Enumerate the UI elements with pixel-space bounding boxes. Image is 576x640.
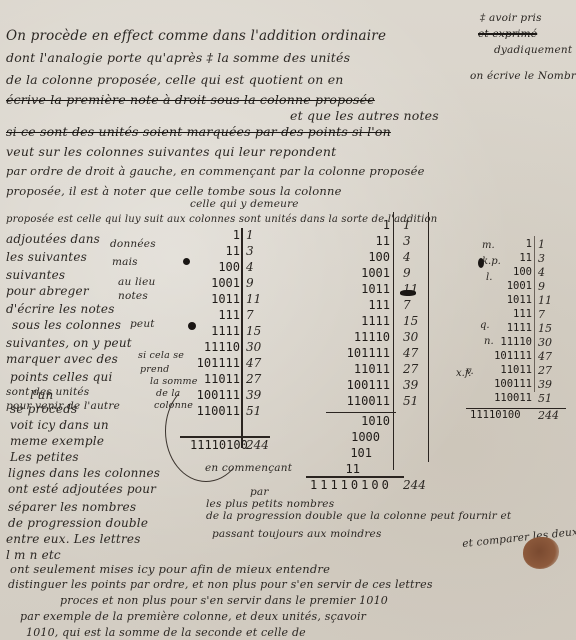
decimal-value: 51 bbox=[246, 404, 261, 420]
left-text-line: pour abreger bbox=[6, 284, 89, 298]
decimal-value: 7 bbox=[246, 308, 254, 324]
text-line: par ordre de droit à gauche, en commença… bbox=[6, 164, 425, 178]
decimal-value: 1 bbox=[538, 238, 545, 252]
decimal-value: 9 bbox=[538, 280, 545, 294]
text-line: celle qui y demeure bbox=[190, 198, 299, 210]
decimal-value: 9 bbox=[403, 266, 411, 282]
binary-value: 100 bbox=[340, 250, 390, 266]
decimal-value: 47 bbox=[403, 346, 418, 362]
binary-value: 110011 bbox=[340, 394, 390, 410]
decimal-value: 7 bbox=[538, 308, 545, 322]
carry-value: 1010 bbox=[340, 414, 390, 430]
text-line: et comparer les deux bbox=[462, 526, 576, 550]
interlinear-word: mais bbox=[112, 256, 138, 268]
left-text-line: l m n etc bbox=[6, 548, 61, 562]
ink-blot bbox=[400, 290, 416, 296]
annotation-line: passant toujours aux moindres bbox=[212, 528, 382, 540]
ink-stain bbox=[523, 537, 559, 569]
manuscript-page: ‡ avoir pris et exprimé dyadiquement on … bbox=[0, 0, 576, 640]
sum-binary: 11110100 bbox=[310, 478, 400, 494]
decimal-value: 39 bbox=[246, 388, 261, 404]
text-line: si ce sont des unités soient marquées pa… bbox=[6, 124, 391, 139]
decimal-value: 11 bbox=[538, 294, 552, 308]
left-text-line: lignes dans les colonnes bbox=[8, 466, 160, 480]
binary-value: 110011 bbox=[488, 392, 532, 406]
binary-value: 101111 bbox=[340, 346, 390, 362]
annotation-line: les plus petits nombres bbox=[206, 498, 334, 510]
text-line: par exemple de la première colonne, et d… bbox=[20, 610, 366, 623]
decimal-value: 11 bbox=[246, 292, 261, 308]
sum-decimal: 244 bbox=[403, 478, 426, 494]
binary-value: 11 bbox=[190, 244, 240, 260]
binary-value: 101111 bbox=[190, 356, 240, 372]
binary-value: 11 bbox=[340, 234, 390, 250]
left-text-line: de progression double bbox=[8, 516, 148, 530]
side-note-line: si cela se bbox=[138, 350, 184, 361]
decimal-value: 27 bbox=[538, 364, 552, 378]
margin-note-line: on écrive le Nombre bbox=[470, 70, 576, 82]
left-text-line: meme exemple bbox=[10, 434, 104, 448]
binary-value: 1011 bbox=[488, 294, 532, 308]
text-line: proposée, il est à noter que celle tombe… bbox=[6, 184, 342, 198]
decimal-value: 15 bbox=[403, 314, 418, 330]
text-line: distinguer les points par ordre, et non … bbox=[8, 578, 433, 591]
decimal-value: 3 bbox=[403, 234, 411, 250]
decimal-value: 51 bbox=[403, 394, 418, 410]
margin-note-line: ‡ avoir pris bbox=[480, 12, 542, 24]
binary-value: 11110 bbox=[190, 340, 240, 356]
margin-note-line: dyadiquement bbox=[494, 44, 572, 56]
decimal-value: 1 bbox=[403, 218, 411, 234]
binary-value: 1111 bbox=[488, 322, 532, 336]
text-line: ont seulement mises icy pour afin de mie… bbox=[10, 562, 330, 576]
binary-value: 1 bbox=[340, 218, 390, 234]
decimal-value: 3 bbox=[246, 244, 254, 260]
text-line: dont l'analogie porte qu'après ‡ la somm… bbox=[6, 50, 350, 65]
binary-value: 1011 bbox=[190, 292, 240, 308]
side-note-line: prend bbox=[140, 364, 169, 375]
binary-value: 11011 bbox=[340, 362, 390, 378]
decimal-value: 47 bbox=[246, 356, 261, 372]
text-line: On procède en effect comme dans l'additi… bbox=[6, 28, 386, 44]
decimal-value: 4 bbox=[246, 260, 254, 276]
decimal-value: 3 bbox=[538, 252, 545, 266]
left-text-line: points celles qui bbox=[10, 370, 113, 384]
binary-value: 100111 bbox=[340, 378, 390, 394]
decimal-value: 27 bbox=[403, 362, 418, 378]
left-text-line: sous les colonnes bbox=[12, 318, 121, 332]
interlinear-word: notes bbox=[118, 290, 148, 302]
decimal-value: 30 bbox=[538, 336, 552, 350]
carry-rule bbox=[326, 412, 396, 413]
annotation-line: de la progression double que la colonne … bbox=[206, 510, 511, 522]
sum-decimal: 244 bbox=[246, 438, 269, 454]
margin-note-line: et exprimé bbox=[478, 28, 537, 40]
ink-blot bbox=[478, 258, 484, 268]
binary-value: 1 bbox=[488, 238, 532, 252]
left-text-line: suivantes bbox=[6, 268, 65, 282]
left-text-line: entre eux. Les lettres bbox=[6, 532, 141, 546]
annotation-line: en commençant bbox=[205, 462, 292, 474]
ink-blot bbox=[183, 258, 190, 265]
interlinear-word: peut bbox=[130, 318, 155, 330]
text-line: écrive la première note à droit sous la … bbox=[6, 92, 375, 107]
decimal-value: 7 bbox=[403, 298, 411, 314]
left-text-line: l'un bbox=[30, 388, 53, 402]
left-text-line: séparer les nombres bbox=[8, 500, 136, 514]
decimal-value: 9 bbox=[246, 276, 254, 292]
binary-value: 111 bbox=[190, 308, 240, 324]
decimal-value: 30 bbox=[403, 330, 418, 346]
left-text-line: se proceds bbox=[10, 402, 77, 416]
column-divider bbox=[534, 236, 535, 392]
left-text-line: Les petites bbox=[10, 450, 79, 464]
binary-value: 111 bbox=[340, 298, 390, 314]
left-text-line: les suivantes bbox=[6, 250, 87, 264]
interlinear-word: au lieu bbox=[118, 276, 155, 288]
left-text-line: voit icy dans un bbox=[10, 418, 109, 432]
left-text-line: d'écrire les notes bbox=[6, 302, 115, 316]
left-text-line: adjoutées dans bbox=[6, 232, 100, 246]
sum-binary: 11110100 bbox=[470, 408, 534, 424]
decimal-value: 47 bbox=[538, 350, 552, 364]
carry-value: 1000 bbox=[330, 430, 380, 446]
decimal-value: 39 bbox=[403, 378, 418, 394]
column-divider bbox=[393, 212, 394, 470]
decimal-value: 1 bbox=[246, 228, 254, 244]
sum-decimal: 244 bbox=[538, 408, 559, 424]
binary-value: 1001 bbox=[340, 266, 390, 282]
decimal-value: 15 bbox=[246, 324, 261, 340]
decimal-value: 30 bbox=[246, 340, 261, 356]
binary-value: 111 bbox=[488, 308, 532, 322]
left-text-line: ont esté adjoutées pour bbox=[8, 482, 156, 496]
decimal-value: 15 bbox=[538, 322, 552, 336]
binary-value: 100111 bbox=[488, 378, 532, 392]
carry-value: 101 bbox=[322, 446, 372, 462]
decimal-value: 4 bbox=[403, 250, 411, 266]
annotation-line: par bbox=[250, 486, 269, 498]
binary-value: 11 bbox=[488, 252, 532, 266]
binary-value: 11011 bbox=[488, 364, 532, 378]
text-line: proces et non plus pour s'en servir dans… bbox=[60, 594, 388, 607]
binary-value: 1001 bbox=[488, 280, 532, 294]
text-line: et que les autres notes bbox=[290, 108, 439, 123]
binary-value: 11110 bbox=[340, 330, 390, 346]
text-line: de la colonne proposée, celle qui est qu… bbox=[6, 72, 344, 87]
decimal-value: 27 bbox=[246, 372, 261, 388]
decimal-value: 4 bbox=[538, 266, 545, 280]
column-divider bbox=[428, 212, 429, 462]
decimal-value: 39 bbox=[538, 378, 552, 392]
text-line: veut sur les colonnes suivantes qui leur… bbox=[6, 144, 336, 159]
left-text-line: suivantes, on y peut bbox=[6, 336, 132, 350]
binary-value: 101111 bbox=[488, 350, 532, 364]
decimal-value: 51 bbox=[538, 392, 552, 406]
binary-value: 100 bbox=[488, 266, 532, 280]
ink-blot bbox=[188, 322, 196, 330]
binary-value: 11110 bbox=[488, 336, 532, 350]
binary-value: 1011 bbox=[340, 282, 390, 298]
binary-value: 100 bbox=[190, 260, 240, 276]
interlinear-word: données bbox=[110, 238, 156, 250]
binary-value: 1111 bbox=[190, 324, 240, 340]
row-label: x.f. bbox=[456, 366, 471, 382]
binary-value: 1111 bbox=[340, 314, 390, 330]
left-text-line: marquer avec des bbox=[6, 352, 118, 366]
binary-value: 1 bbox=[190, 228, 240, 244]
text-line: 1010, qui est la somme de la seconde et … bbox=[26, 626, 306, 639]
binary-value: 1001 bbox=[190, 276, 240, 292]
